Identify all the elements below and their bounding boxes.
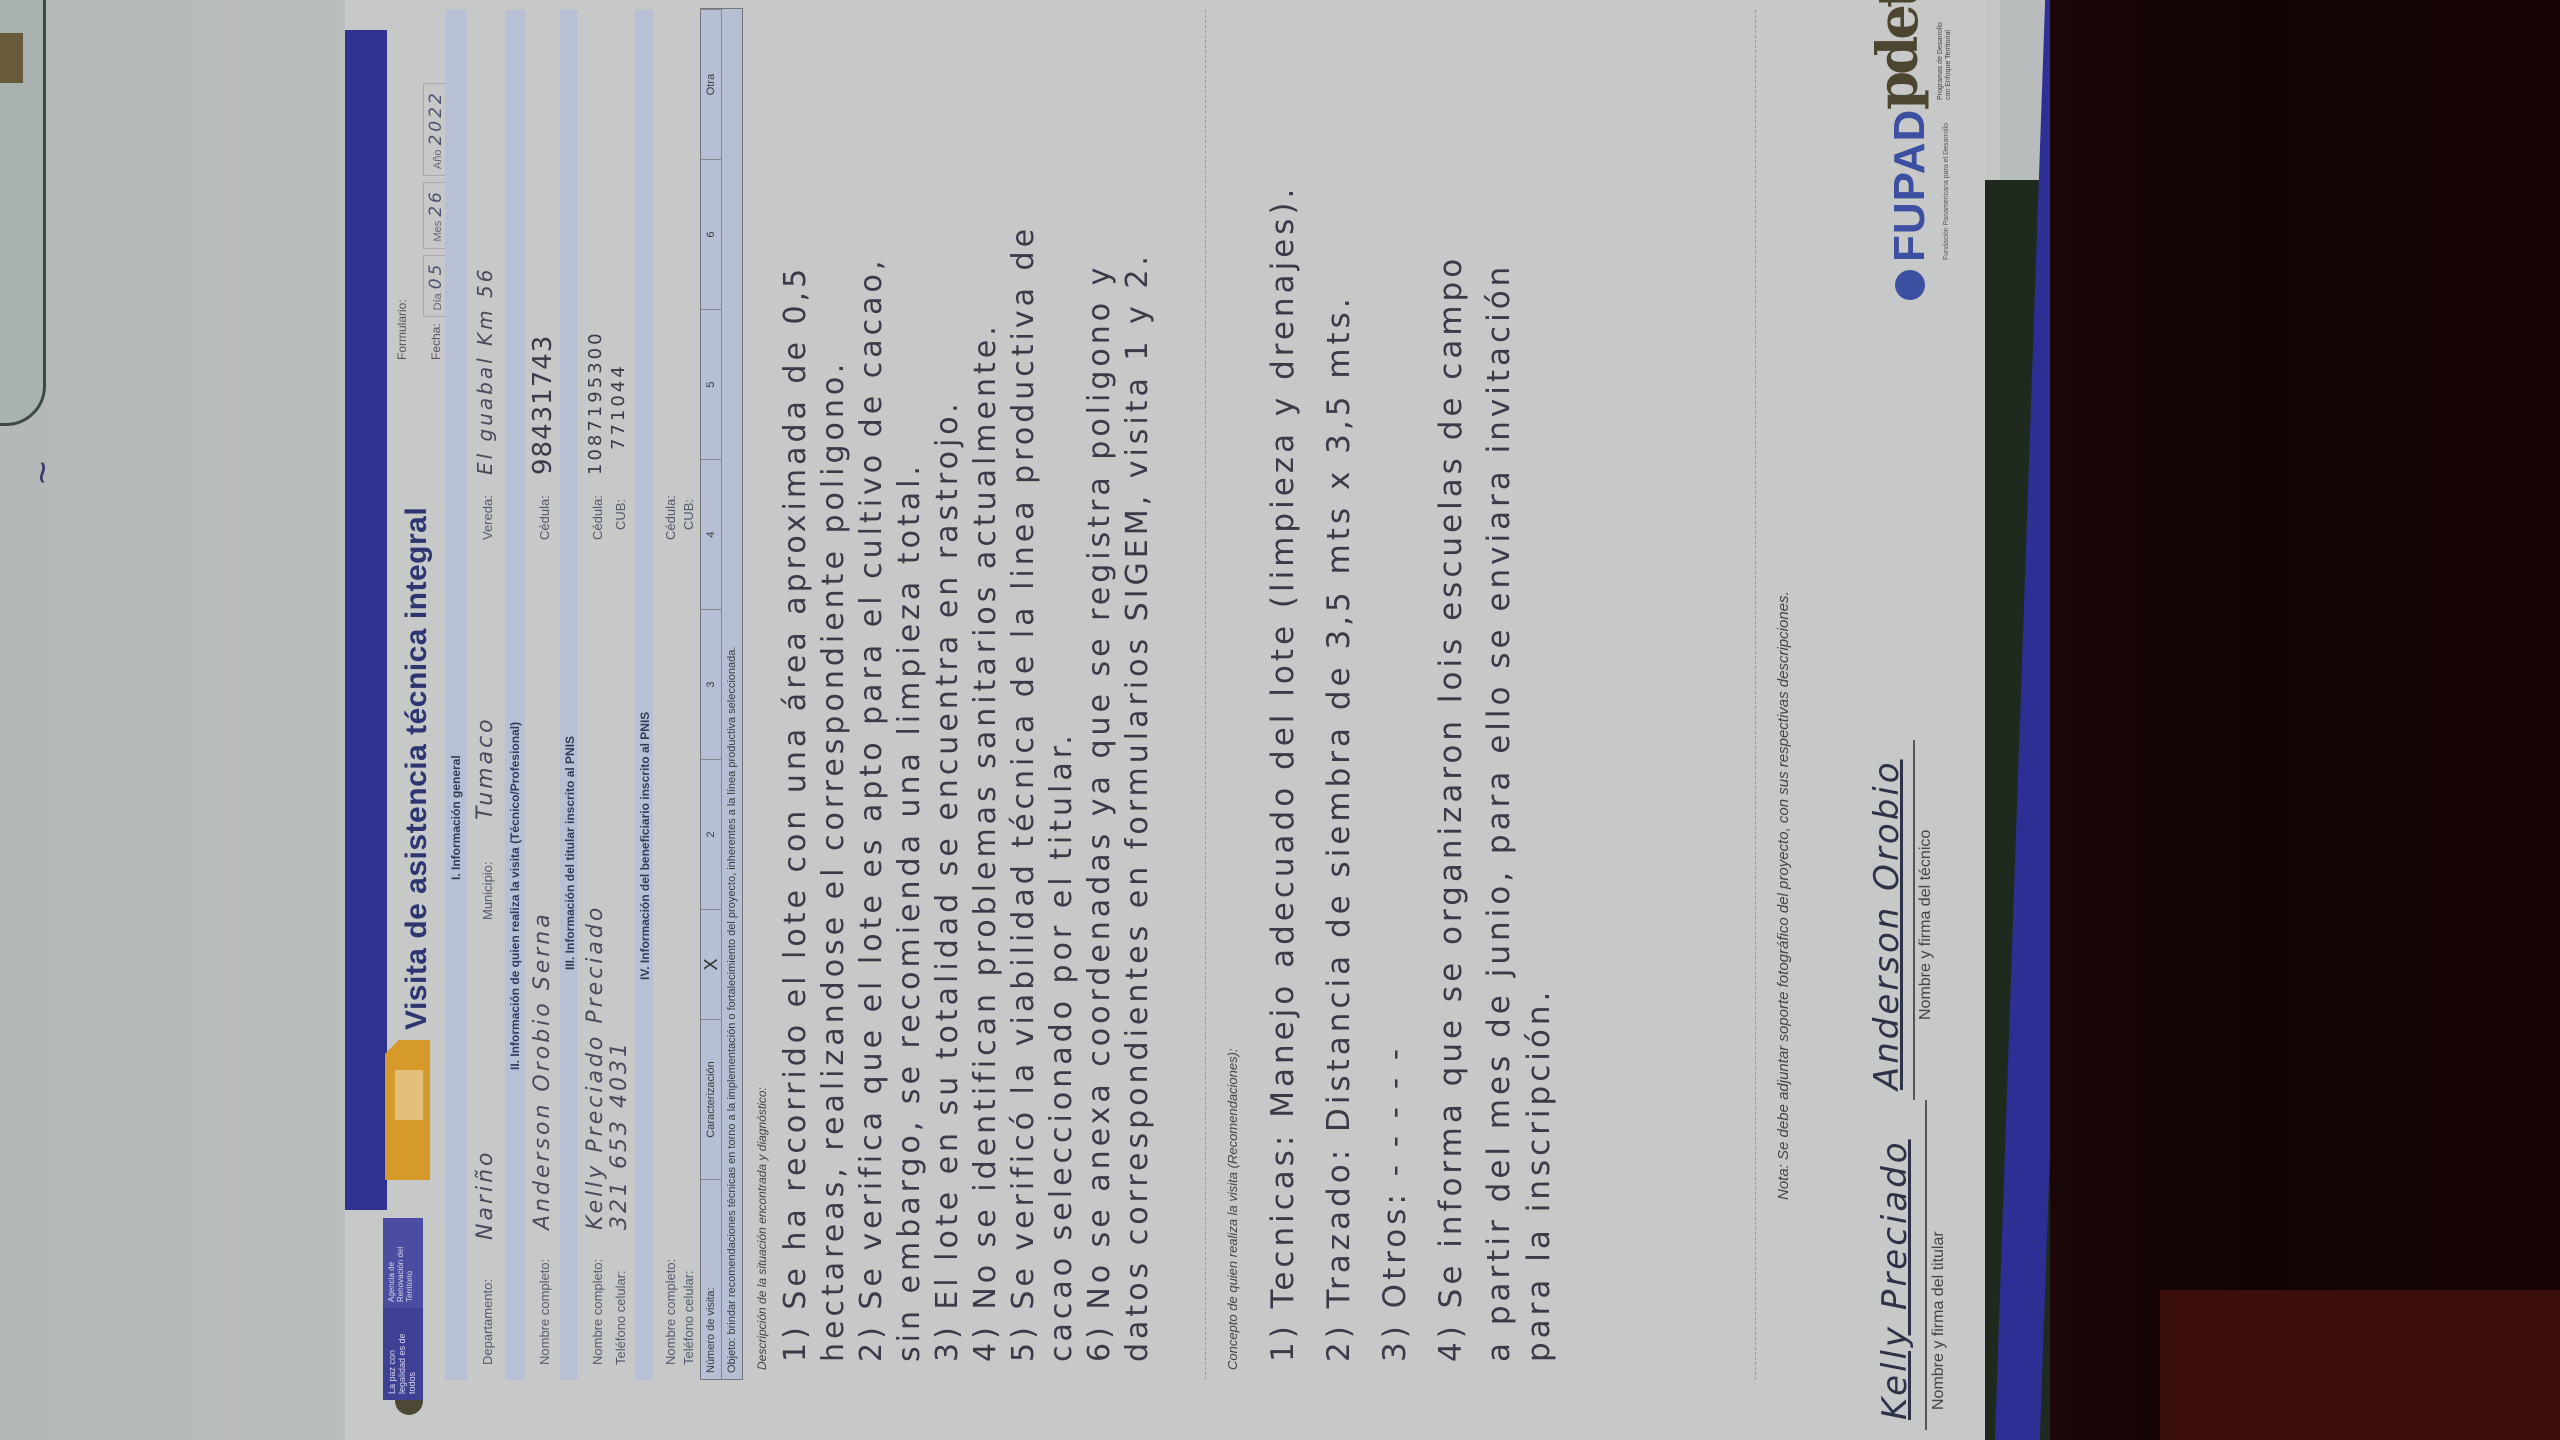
footer-divider [1755, 10, 1756, 1380]
section-2-band [505, 10, 525, 1380]
visit-column-3[interactable]: 3 [701, 609, 721, 759]
titular-telefono-label: Teléfono celular: [613, 1270, 628, 1365]
titular-signature: Kelly Preciado [1875, 1139, 1915, 1420]
vereda-value[interactable]: El guabal Km 56 [473, 267, 497, 475]
section-3-band [560, 10, 578, 1380]
pen-mark: ~ [19, 461, 64, 484]
mes-value: 26 [426, 189, 446, 217]
anio-label: Año [432, 150, 444, 170]
titular-nombre-value[interactable]: Kelly Preciado Preciado [583, 905, 608, 1230]
municipio-value[interactable]: Tumaco [473, 716, 498, 820]
visit-column-5[interactable]: 5 [701, 309, 721, 459]
anio-value: 2022 [426, 90, 446, 145]
titular-signature-line [1925, 1100, 1927, 1430]
fupad-wordmark: FUPAD [1885, 109, 1935, 262]
handwritten-line: 1) Se ha recorrido el lote con una área … [777, 42, 815, 1362]
handwritten-line: datos correspondientes en formularios SI… [1119, 42, 1157, 1362]
visit-number-table: Número de visita: CaracterizaciónX23456O… [700, 8, 743, 1380]
handwritten-line: 4) Se informa que se organizaron lois es… [1423, 42, 1479, 1362]
tecnico-cedula-label: Cédula: [537, 495, 552, 540]
recomendaciones-text[interactable]: 1) Tecnicas: Manejo adecuado del lote (l… [1255, 42, 1559, 1362]
vereda-label: Vereda: [480, 495, 495, 540]
fecha-label: Fecha: [429, 323, 443, 360]
mes-label: Mes [432, 221, 444, 242]
titular-cub-value[interactable]: 771044 [608, 363, 629, 450]
section-4-band [635, 10, 653, 1380]
orange-tab-inner [395, 1070, 423, 1120]
handwritten-line: hectareas, realizandose el correspondien… [815, 42, 853, 1362]
handwritten-line: sin embargo, se recomienda una limpieza … [891, 42, 929, 1362]
handwritten-line: para la inscripción. [1519, 42, 1559, 1362]
beneficiario-telefono-label: Teléfono celular: [681, 1270, 696, 1365]
visit-column-1[interactable]: X [701, 909, 721, 1019]
dia-value: 05 [426, 262, 446, 290]
handwritten-line: 6) No se anexa coordenadas ya que se reg… [1081, 42, 1119, 1362]
visit-column-6[interactable]: 6 [701, 159, 721, 309]
beneficiario-nombre-label: Nombre completo: [663, 1259, 678, 1365]
recomendaciones-label: Concepto de quien realiza la visita (Rec… [1225, 1048, 1240, 1370]
cloth-background [2160, 1290, 2560, 1440]
diagnostico-text[interactable]: 1) Se ha recorrido el lote con una área … [777, 42, 1157, 1362]
section-1-band [445, 10, 467, 1380]
form-title: Visita de asistencia técnica integral [400, 507, 434, 1030]
handwritten-line: 2) Trazado: Distancia de siembra de 3,5 … [1311, 42, 1367, 1362]
tecnico-signature-line [1913, 740, 1915, 1100]
handwritten-line: 3) Otros: - - - - - [1367, 42, 1423, 1362]
pdet-subtitle: Programas de Desarrollo con Enfoque Terr… [1937, 10, 1953, 100]
section-1-heading: I. Información general [449, 755, 463, 880]
departamento-label: Departamento: [480, 1279, 495, 1365]
formulario-label: Formulario: [395, 299, 409, 360]
visit-objective: Objeto: brindar recomendaciones técnicas… [722, 9, 742, 1379]
nota-text: Nota: Se debe adjuntar soporte fotográfi… [1775, 591, 1792, 1200]
municipio-label: Municipio: [480, 861, 495, 920]
header-band [345, 30, 387, 1210]
globe-icon [1895, 270, 1925, 300]
titular-cedula-label: Cédula: [590, 495, 605, 540]
handwritten-line: 3) El lote en su totalidad se encuentra … [929, 42, 967, 1362]
visit-column-4[interactable]: 4 [701, 459, 721, 609]
beneficiario-cub-label: CUB: [681, 499, 696, 530]
selected-mark: X [701, 958, 722, 970]
handwritten-line: 4) No se identifican problemas sanitario… [967, 42, 1005, 1362]
section-divider [1205, 10, 1206, 1380]
background-device-edge [0, 0, 46, 426]
dia-label: Día [432, 293, 444, 310]
handwritten-line: 2) Se verifica que el lote es apto para … [853, 42, 891, 1362]
visit-number-row: Número de visita: CaracterizaciónX23456O… [701, 9, 722, 1379]
diagnostico-label: Descripción de la situación encontrada y… [755, 1087, 769, 1370]
tecnico-signature-caption: Nombre y firma del técnico [1917, 830, 1935, 1020]
handwritten-line: cacao seleccionado por el titular. [1043, 42, 1081, 1362]
fupad-subtitle: Fundación Panamericana para el Desarroll… [1943, 123, 1950, 260]
handwritten-line: a partir del mes de junio, para ello se … [1479, 42, 1519, 1362]
logo-art-agency: Agencia de Renovación del Territorio [383, 1218, 423, 1308]
visit-column-otra[interactable]: Otra [701, 9, 721, 159]
section-2-heading: II. Información de quien realiza la visi… [508, 722, 522, 1070]
titular-cub-label: CUB: [613, 499, 628, 530]
fupad-logo: FUPAD [1885, 109, 1935, 300]
section-3-heading: III. Información del titular inscrito al… [563, 736, 577, 970]
tecnico-cedula-value[interactable]: 98431743 [528, 335, 558, 475]
visit-form-document: La paz con legalidad es de todos Agencia… [345, 0, 1985, 1440]
titular-nombre-label: Nombre completo: [590, 1259, 605, 1365]
visit-number-label: Número de visita: [701, 1179, 721, 1379]
tecnico-nombre-label: Nombre completo: [537, 1259, 552, 1365]
visit-column-caracterización[interactable]: Caracterización [701, 1019, 721, 1179]
section-4-heading: IV. Información del beneficiario inscrit… [638, 712, 652, 980]
titular-cedula-value[interactable]: 1087195300 [585, 330, 606, 475]
beneficiario-cedula-label: Cédula: [663, 495, 678, 540]
departamento-value[interactable]: Nariño [473, 1150, 498, 1241]
handwritten-line: 1) Tecnicas: Manejo adecuado del lote (l… [1255, 42, 1311, 1362]
device-detail [0, 33, 23, 83]
titular-signature-caption: Nombre y firma del titular [1930, 1231, 1948, 1410]
dark-background [2050, 0, 2560, 1440]
tecnico-nombre-value[interactable]: Anderson Orobio Serna [530, 911, 555, 1230]
logo-paz-legalidad: La paz con legalidad es de todos [383, 1308, 423, 1400]
visit-column-2[interactable]: 2 [701, 759, 721, 909]
titular-telefono-value[interactable]: 321 653 4031 [607, 1040, 632, 1230]
pdet-logo: pdet [1865, 0, 1931, 110]
tecnico-signature: Anderson Orobio [1867, 759, 1907, 1090]
handwritten-line: 5) Se verificó la viabilidad técnica de … [1005, 42, 1043, 1362]
